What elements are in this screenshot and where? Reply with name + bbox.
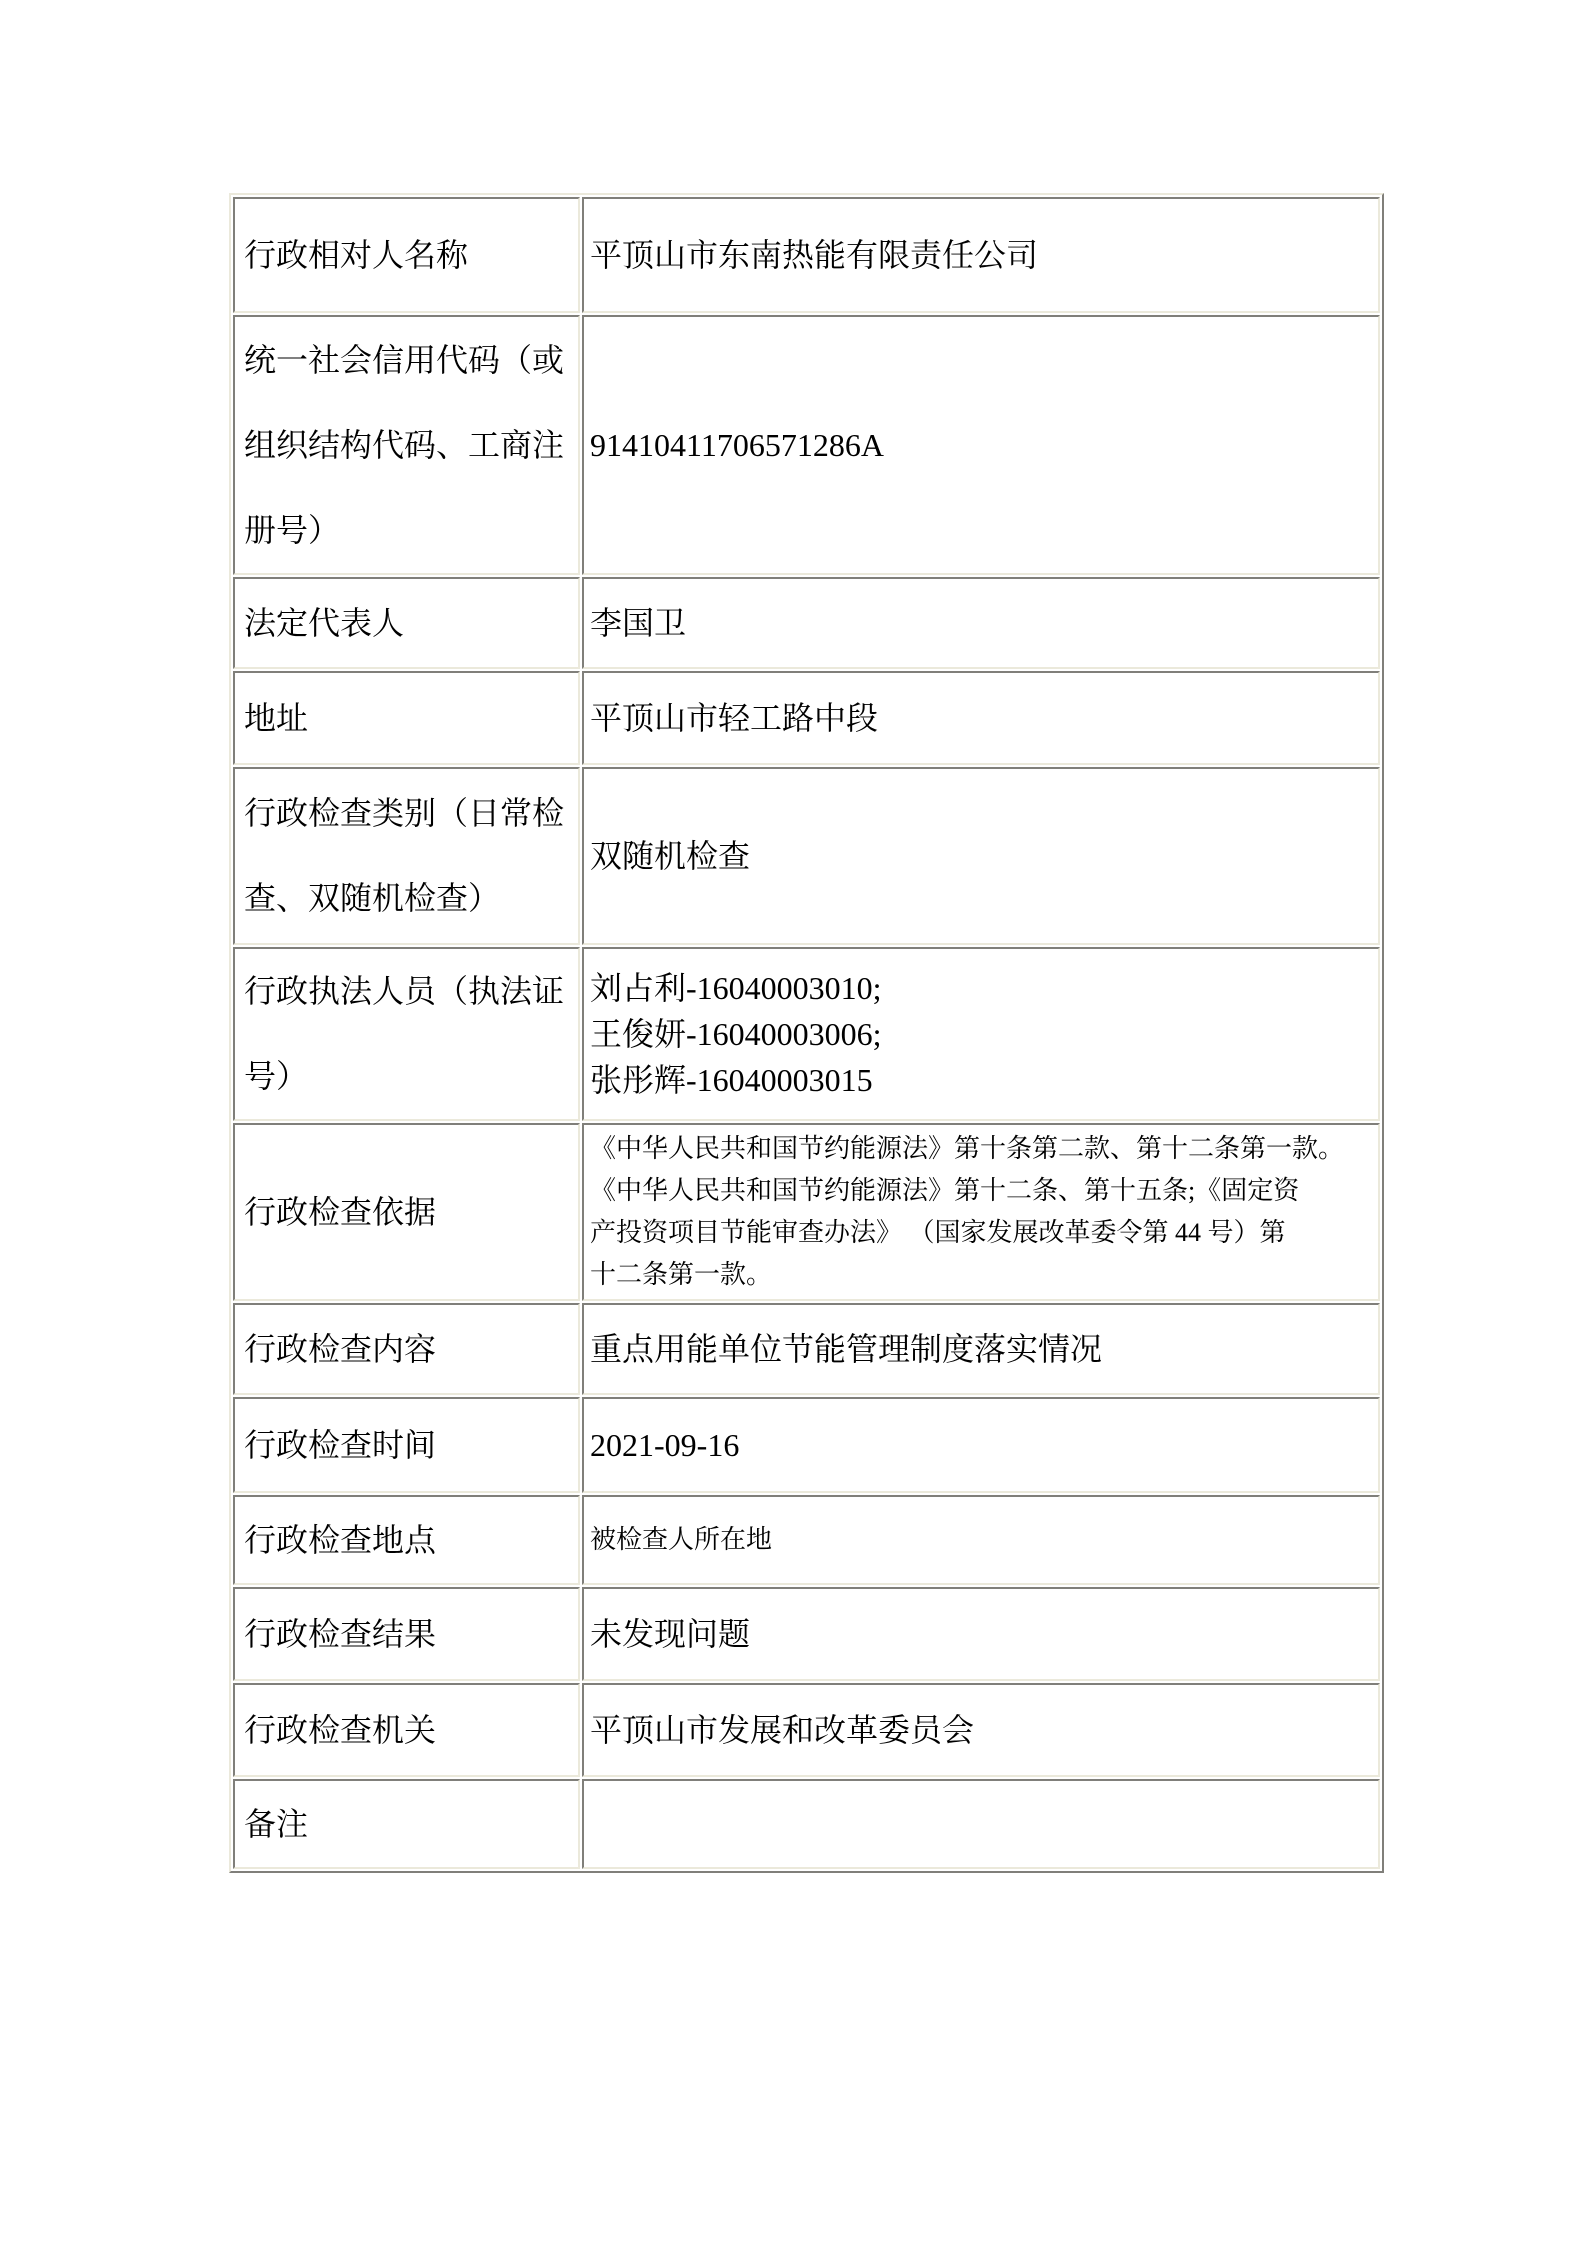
row-label: 行政检查类别（日常检 查、双随机检查） — [233, 767, 580, 945]
table-row: 行政检查内容 重点用能单位节能管理制度落实情况 — [233, 1303, 1380, 1395]
row-label: 统一社会信用代码（或 组织结构代码、工商注 册号） — [233, 315, 580, 575]
row-value: 平顶山市东南热能有限责任公司 — [582, 197, 1380, 313]
table-row: 行政检查机关 平顶山市发展和改革委员会 — [233, 1683, 1380, 1777]
table-row: 行政执法人员（执法证 号） 刘占利-16040003010; 王俊妍-16040… — [233, 947, 1380, 1121]
row-value: 双随机检查 — [582, 767, 1380, 945]
row-label: 行政检查结果 — [233, 1587, 580, 1681]
table-row: 统一社会信用代码（或 组织结构代码、工商注 册号） 91410411706571… — [233, 315, 1380, 575]
row-label: 行政执法人员（执法证 号） — [233, 947, 580, 1121]
table-row: 备注 — [233, 1779, 1380, 1869]
row-value — [582, 1779, 1380, 1869]
row-label: 法定代表人 — [233, 577, 580, 669]
table-row: 行政相对人名称 平顶山市东南热能有限责任公司 — [233, 197, 1380, 313]
inspection-record-table-body: 行政相对人名称 平顶山市东南热能有限责任公司 统一社会信用代码（或 组织结构代码… — [233, 197, 1380, 1869]
table-row: 行政检查依据 《中华人民共和国节约能源法》第十条第二款、第十二条第一款。 《中华… — [233, 1123, 1380, 1301]
row-value: 平顶山市发展和改革委员会 — [582, 1683, 1380, 1777]
row-label: 行政检查内容 — [233, 1303, 580, 1395]
row-label: 行政相对人名称 — [233, 197, 580, 313]
row-value: 刘占利-16040003010; 王俊妍-16040003006; 张彤辉-16… — [582, 947, 1380, 1121]
row-label: 行政检查依据 — [233, 1123, 580, 1301]
row-value: 李国卫 — [582, 577, 1380, 669]
table-row: 法定代表人 李国卫 — [233, 577, 1380, 669]
row-value: 2021-09-16 — [582, 1397, 1380, 1493]
row-value: 91410411706571286A — [582, 315, 1380, 575]
row-value: 未发现问题 — [582, 1587, 1380, 1681]
row-label: 行政检查机关 — [233, 1683, 580, 1777]
table-row: 行政检查类别（日常检 查、双随机检查） 双随机检查 — [233, 767, 1380, 945]
table-row: 行政检查地点 被检查人所在地 — [233, 1495, 1380, 1585]
row-value: 被检查人所在地 — [582, 1495, 1380, 1585]
document-page: 行政相对人名称 平顶山市东南热能有限责任公司 统一社会信用代码（或 组织结构代码… — [0, 0, 1587, 2245]
table-row: 行政检查时间 2021-09-16 — [233, 1397, 1380, 1493]
table-row: 行政检查结果 未发现问题 — [233, 1587, 1380, 1681]
row-value: 平顶山市轻工路中段 — [582, 671, 1380, 765]
inspection-record-table: 行政相对人名称 平顶山市东南热能有限责任公司 统一社会信用代码（或 组织结构代码… — [229, 193, 1384, 1873]
row-label: 地址 — [233, 671, 580, 765]
table-row: 地址 平顶山市轻工路中段 — [233, 671, 1380, 765]
row-value: 《中华人民共和国节约能源法》第十条第二款、第十二条第一款。 《中华人民共和国节约… — [582, 1123, 1380, 1301]
row-label: 行政检查地点 — [233, 1495, 580, 1585]
row-label: 备注 — [233, 1779, 580, 1869]
row-value: 重点用能单位节能管理制度落实情况 — [582, 1303, 1380, 1395]
row-label: 行政检查时间 — [233, 1397, 580, 1493]
